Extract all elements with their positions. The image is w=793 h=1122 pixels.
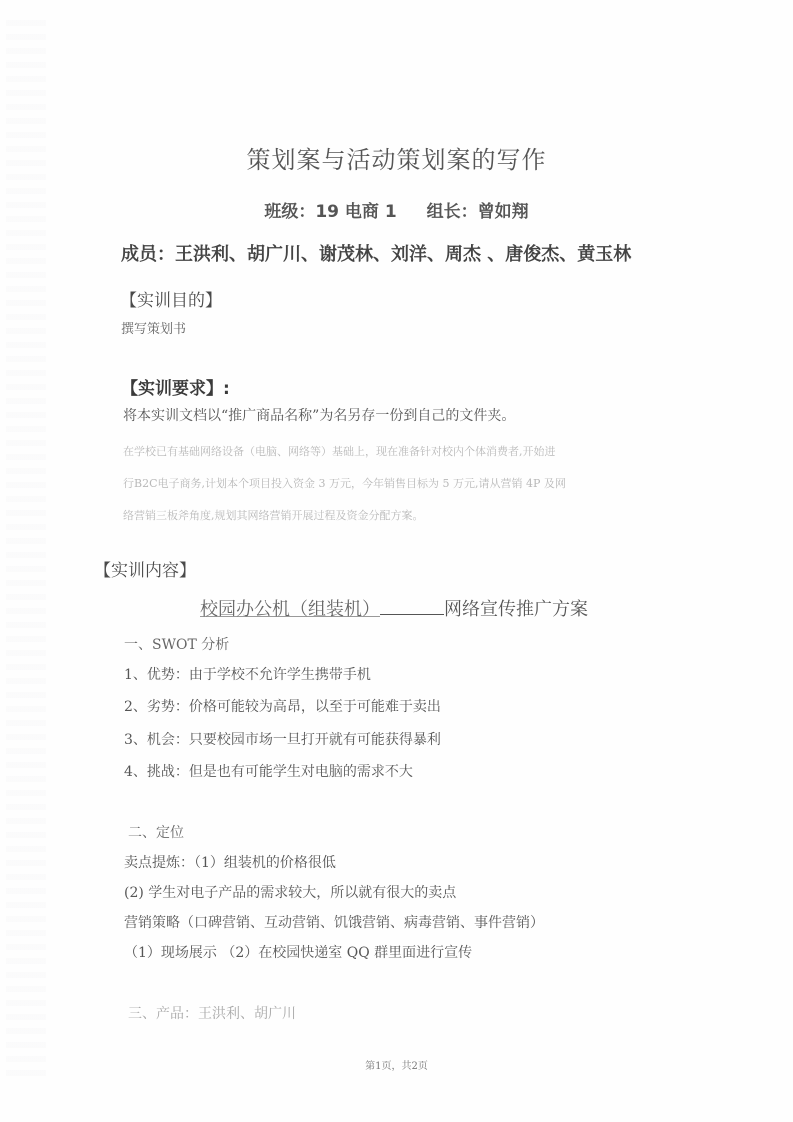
plan-title-blank-line [380,598,444,615]
content-heading: 【实训内容】 [94,556,196,581]
purpose-heading: 【实训目的】 [120,286,222,311]
members-line: 成员：王洪利、胡广川、谢茂林、刘洋、周杰 、唐俊杰、黄玉林 [121,240,631,266]
swot-item: 2、劣势：价格可能较为高昂，以至于可能难于卖出 [124,696,441,716]
purpose-text: 撰写策划书 [121,318,186,337]
plan-product-name: 校园办公机（组装机） [200,599,380,620]
positioning-item: (2) 学生对电子产品的需求较大，所以就有很大的卖点 [124,882,456,902]
page-indicator: 第1页，共2页 [0,1057,793,1072]
swot-item: 3、机会：只要校园市场一旦打开就有可能获得暴利 [124,729,441,749]
plan-title-suffix: 网络宣传推广方案 [444,599,588,620]
swot-item: 1、优势：由于学校不允许学生携带手机 [124,664,371,684]
requirements-faint-line: 在学校已有基础网络设备（电脑、网络等）基础上，现在准备针对校内个体消费者,开始进 [123,443,556,459]
positioning-item: （1）现场展示 （2）在校园快递室 QQ 群里面进行宣传 [124,942,472,962]
positioning-item: 营销策略（口碑营销、互动营销、饥饿营销、病毒营销、事件营销） [124,912,544,932]
scan-artifact-edge [6,20,46,1080]
document-title: 策划案与活动策划案的写作 [0,140,793,175]
swot-item: 4、挑战：但是也有可能学生对电脑的需求不大 [124,761,413,781]
class-leader-line: 班级：19 电商 1组长：曾如翔 [0,197,793,222]
scanned-page: 策划案与活动策划案的写作 班级：19 电商 1组长：曾如翔 成员：王洪利、胡广川… [0,0,793,1122]
requirements-heading: 【实训要求】: [121,374,230,399]
leader-label: 组长：曾如翔 [427,202,529,222]
requirements-faint-line: 行B2C电子商务,计划本个项目投入资金 3 万元，今年销售目标为 5 万元,请从… [123,475,566,491]
requirements-line-1: 将本实训文档以“推广商品名称”为名另存一份到自己的文件夹。 [123,405,515,425]
product-heading: 三、产品：王洪利、胡广川 [128,1003,296,1023]
plan-title: 校园办公机（组装机）网络宣传推广方案 [200,595,588,621]
class-label: 班级：19 电商 1 [264,202,396,222]
swot-heading: 一、SWOT 分析 [124,634,229,654]
positioning-item: 卖点提炼：（1）组装机的价格很低 [124,852,336,872]
requirements-faint-line: 络营销三板斧角度,规划其网络营销开展过程及资金分配方案。 [123,507,424,523]
positioning-heading: 二、定位 [128,822,184,842]
